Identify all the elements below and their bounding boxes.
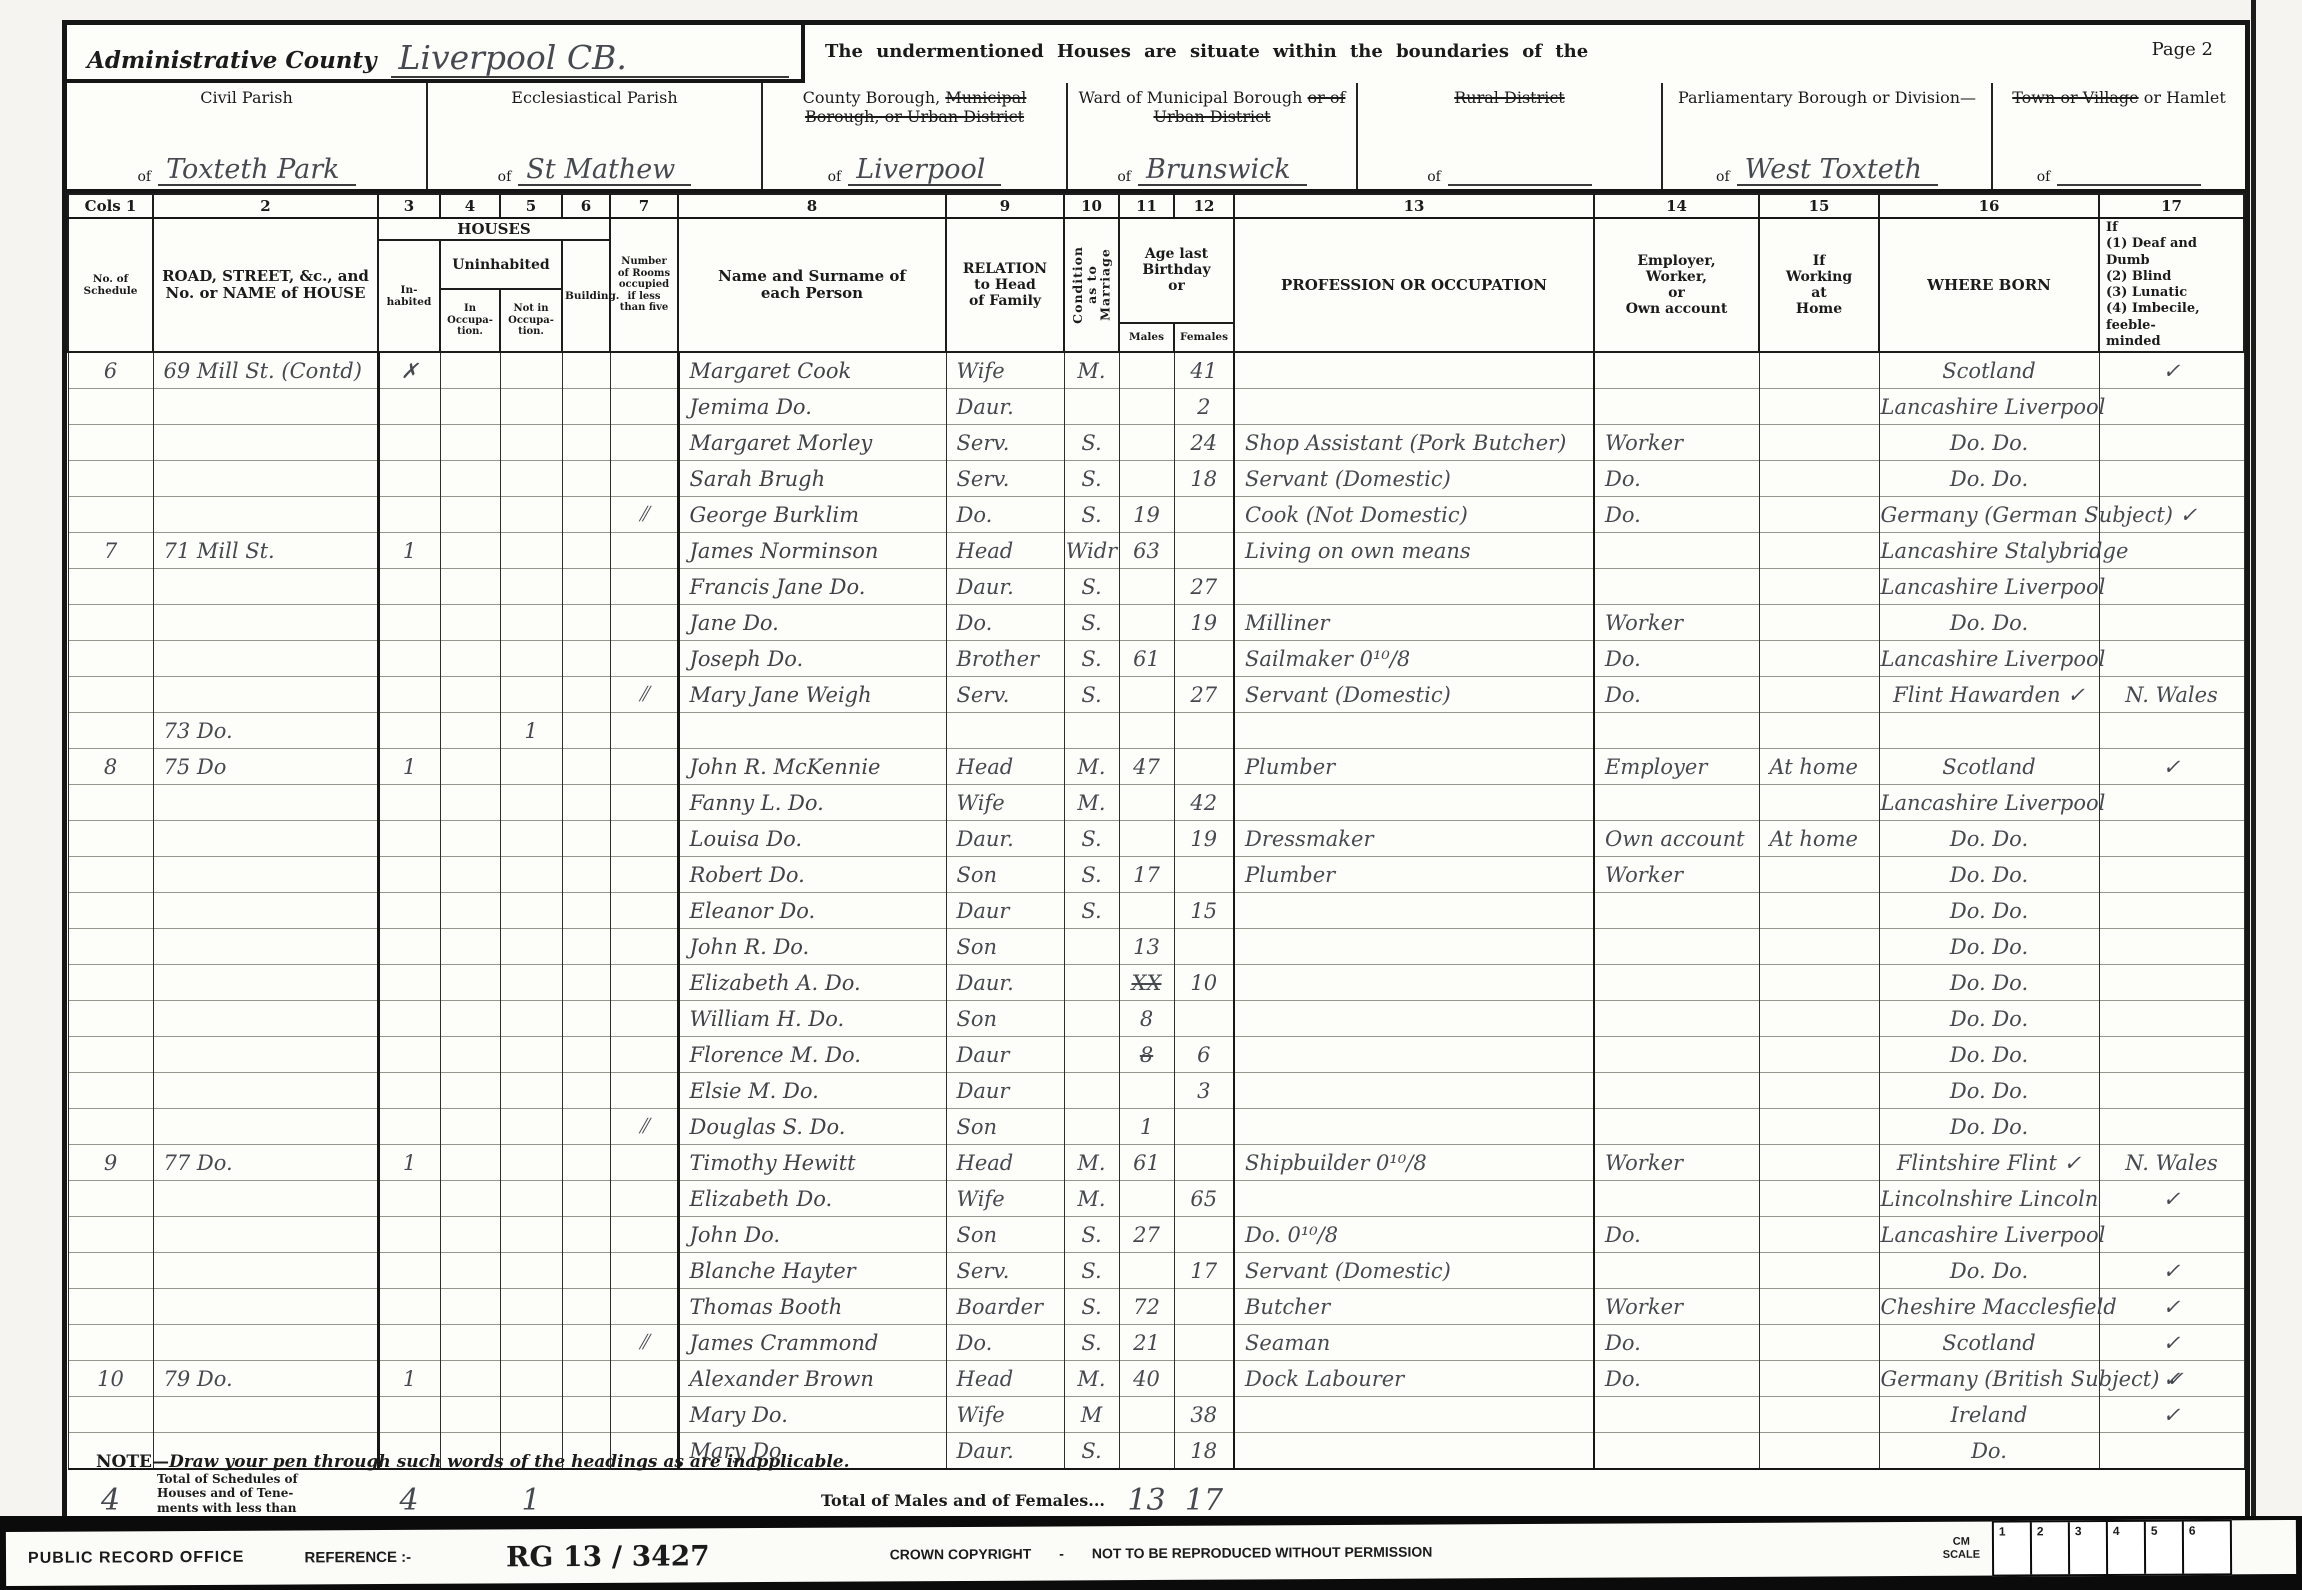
footer-dash: - xyxy=(1059,1545,1064,1561)
cell-at-home xyxy=(1759,1145,1879,1181)
cell-name: Jane Do. xyxy=(678,605,946,641)
cell-age-male xyxy=(1119,1433,1174,1470)
census-row: Mary Do.WifeM38Ireland✓ xyxy=(68,1397,2244,1433)
cell-condition: M xyxy=(1064,1397,1119,1433)
cell-rooms xyxy=(610,569,678,605)
cell-address: 77 Do. xyxy=(153,1145,378,1181)
cell-age-male xyxy=(1119,1253,1174,1289)
cell-age-female: 18 xyxy=(1174,1433,1234,1470)
cell-rooms xyxy=(610,1217,678,1253)
of-label: of xyxy=(828,169,842,186)
cell-employer: Worker xyxy=(1594,857,1759,893)
cell-at-home: At home xyxy=(1759,749,1879,785)
district-title: Town or Village or Hamlet xyxy=(1999,88,2239,107)
cell-employer: Employer xyxy=(1594,749,1759,785)
cell-at-home xyxy=(1759,497,1879,533)
cell-age-male: 47 xyxy=(1119,749,1174,785)
cell-address xyxy=(153,785,378,821)
cell-condition xyxy=(1064,713,1119,749)
admin-header-row: Administrative County Liverpool CB. The … xyxy=(67,25,2245,83)
cell-at-home xyxy=(1759,785,1879,821)
cell-address xyxy=(153,1037,378,1073)
cell-employer xyxy=(1594,1253,1759,1289)
cell-in-occupation xyxy=(440,857,500,893)
cell-in-occupation xyxy=(440,533,500,569)
cell-relation: Brother xyxy=(946,641,1064,677)
note-prefix: NOTE— xyxy=(96,1452,169,1472)
cell-inhabited: 1 xyxy=(378,1361,440,1397)
cell-name xyxy=(678,713,946,749)
district-value: Liverpool xyxy=(848,156,1001,186)
cell-occupation: Servant (Domestic) xyxy=(1234,461,1594,497)
census-row: Eleanor Do.DaurS.15Do. Do. xyxy=(68,893,2244,929)
cell-name: Joseph Do. xyxy=(678,641,946,677)
cell-address: 79 Do. xyxy=(153,1361,378,1397)
cell-age-female xyxy=(1174,713,1234,749)
cell-in-occupation xyxy=(440,605,500,641)
cell-not-in-occupation xyxy=(500,1181,562,1217)
cell-infirmity: ✓ xyxy=(2099,352,2244,389)
cell-not-in-occupation xyxy=(500,1253,562,1289)
cell-condition: M. xyxy=(1064,1181,1119,1217)
cell-condition: S. xyxy=(1064,857,1119,893)
cell-relation: Wife xyxy=(946,1181,1064,1217)
cell-inhabited xyxy=(378,461,440,497)
census-row: ⫽George BurklimDo.S.19Cook (Not Domestic… xyxy=(68,497,2244,533)
census-row: Elizabeth A. Do.Daur.XX10Do. Do. xyxy=(68,965,2244,1001)
header-schedule: No. of Schedule xyxy=(68,218,153,352)
cell-born: Flintshire Flint ✓ xyxy=(1879,1145,2099,1181)
cell-not-in-occupation xyxy=(500,1397,562,1433)
cell-not-in-occupation xyxy=(500,857,562,893)
cell-relation: Do. xyxy=(946,497,1064,533)
cell-employer xyxy=(1594,389,1759,425)
cell-age-male: 8 xyxy=(1119,1001,1174,1037)
cell-schedule xyxy=(68,1037,153,1073)
district-value xyxy=(1448,183,1592,186)
headings-note: NOTE—Draw your pen through such words of… xyxy=(96,1452,850,1472)
cell-age-male xyxy=(1119,1073,1174,1109)
cell-address xyxy=(153,821,378,857)
cell-relation: Son xyxy=(946,1001,1064,1037)
cell-building xyxy=(562,425,610,461)
header-infirmity: If (1) Deaf and Dumb (2) Blind (3) Lunat… xyxy=(2099,218,2244,352)
cell-relation: Daur. xyxy=(946,1433,1064,1470)
cell-employer: Do. xyxy=(1594,641,1759,677)
cell-employer: Worker xyxy=(1594,605,1759,641)
cell-building xyxy=(562,1289,610,1325)
cell-address xyxy=(153,1325,378,1361)
census-row: 875 Do1John R. McKennieHeadM.47PlumberEm… xyxy=(68,749,2244,785)
cell-infirmity: ✓ xyxy=(2099,1181,2244,1217)
administrative-county-label: Administrative County xyxy=(87,47,377,78)
cell-address xyxy=(153,1397,378,1433)
cell-relation: Serv. xyxy=(946,1253,1064,1289)
footer-strip: PUBLIC RECORD OFFICE REFERENCE :- RG 13 … xyxy=(6,1520,2296,1586)
cell-employer xyxy=(1594,713,1759,749)
cell-name: Blanche Hayter xyxy=(678,1253,946,1289)
cell-address xyxy=(153,1181,378,1217)
cell-not-in-occupation xyxy=(500,533,562,569)
cell-born: Scotland xyxy=(1879,1325,2099,1361)
cell-rooms xyxy=(610,749,678,785)
cell-age-male xyxy=(1119,352,1174,389)
cell-schedule xyxy=(68,713,153,749)
cell-relation: Son xyxy=(946,1217,1064,1253)
of-label: of xyxy=(498,169,512,186)
cell-relation: Daur xyxy=(946,893,1064,929)
cell-rooms xyxy=(610,1361,678,1397)
of-label: of xyxy=(138,169,152,186)
cell-schedule xyxy=(68,497,153,533)
cell-age-male xyxy=(1119,389,1174,425)
district-value: Brunswick xyxy=(1138,156,1307,186)
cell-not-in-occupation xyxy=(500,785,562,821)
cell-infirmity xyxy=(2099,569,2244,605)
cell-born: Do. Do. xyxy=(1879,929,2099,965)
cell-at-home xyxy=(1759,425,1879,461)
cell-relation: Boarder xyxy=(946,1289,1064,1325)
cell-rooms xyxy=(610,425,678,461)
district-civil-parish: Civil Parish ofToxteth Park xyxy=(67,83,428,189)
cell-employer xyxy=(1594,929,1759,965)
cell-employer: Do. xyxy=(1594,1361,1759,1397)
header-inhabited: In- habited xyxy=(378,240,440,352)
district-value xyxy=(2057,183,2201,186)
cell-infirmity xyxy=(2099,1037,2244,1073)
cell-infirmity xyxy=(2099,1217,2244,1253)
ruler-cell: 2 xyxy=(2032,1522,2070,1574)
ruler-cell: 4 xyxy=(2108,1522,2146,1574)
cell-building xyxy=(562,569,610,605)
cell-age-female xyxy=(1174,641,1234,677)
census-row: Louisa Do.Daur.S.19DressmakerOwn account… xyxy=(68,821,2244,857)
cell-inhabited xyxy=(378,1073,440,1109)
cell-employer xyxy=(1594,1073,1759,1109)
cell-at-home xyxy=(1759,1073,1879,1109)
cell-name: John R. McKennie xyxy=(678,749,946,785)
cell-schedule xyxy=(68,1289,153,1325)
cell-schedule xyxy=(68,1181,153,1217)
cell-at-home xyxy=(1759,1181,1879,1217)
cell-employer xyxy=(1594,785,1759,821)
cell-schedule xyxy=(68,389,153,425)
cell-name: George Burklim xyxy=(678,497,946,533)
col-number: 5 xyxy=(500,194,562,218)
cell-infirmity xyxy=(2099,1433,2244,1470)
cell-age-female xyxy=(1174,533,1234,569)
cell-in-occupation xyxy=(440,641,500,677)
cell-age-female xyxy=(1174,1145,1234,1181)
cell-infirmity xyxy=(2099,389,2244,425)
col-number: 15 xyxy=(1759,194,1879,218)
cell-born: Ireland xyxy=(1879,1397,2099,1433)
cell-inhabited xyxy=(378,785,440,821)
cell-address xyxy=(153,497,378,533)
ruler-cell: 6 xyxy=(2184,1521,2230,1573)
cell-in-occupation xyxy=(440,893,500,929)
cell-occupation: Servant (Domestic) xyxy=(1234,1253,1594,1289)
district-value-line: ofSt Mathew xyxy=(434,156,755,186)
cell-at-home xyxy=(1759,605,1879,641)
cell-infirmity xyxy=(2099,929,2244,965)
cell-born: Lancashire Liverpool xyxy=(1879,1217,2099,1253)
cell-in-occupation xyxy=(440,1109,500,1145)
cell-age-male: 40 xyxy=(1119,1361,1174,1397)
cell-age-female xyxy=(1174,497,1234,533)
cell-condition: S. xyxy=(1064,461,1119,497)
cell-address xyxy=(153,1001,378,1037)
cell-age-female: 65 xyxy=(1174,1181,1234,1217)
cell-occupation xyxy=(1234,1181,1594,1217)
cell-in-occupation xyxy=(440,1181,500,1217)
cell-age-female: 24 xyxy=(1174,425,1234,461)
cell-relation: Do. xyxy=(946,1325,1064,1361)
cell-name: Timothy Hewitt xyxy=(678,1145,946,1181)
cell-condition: S. xyxy=(1064,605,1119,641)
cell-occupation: Dock Labourer xyxy=(1234,1361,1594,1397)
col-number: 10 xyxy=(1064,194,1119,218)
cell-age-male: 1 xyxy=(1119,1109,1174,1145)
cell-in-occupation xyxy=(440,677,500,713)
col-number: 4 xyxy=(440,194,500,218)
cell-name: James Norminson xyxy=(678,533,946,569)
cell-infirmity xyxy=(2099,857,2244,893)
col-number: 9 xyxy=(946,194,1064,218)
cell-building xyxy=(562,893,610,929)
cell-condition: S. xyxy=(1064,1217,1119,1253)
cell-not-in-occupation xyxy=(500,749,562,785)
cell-age-male xyxy=(1119,1397,1174,1433)
cell-age-female: 15 xyxy=(1174,893,1234,929)
cell-rooms xyxy=(610,1289,678,1325)
cell-born: Lancashire Liverpool xyxy=(1879,389,2099,425)
cell-occupation: Milliner xyxy=(1234,605,1594,641)
cell-age-male: 63 xyxy=(1119,533,1174,569)
cell-condition xyxy=(1064,1037,1119,1073)
district-town-village-hamlet: Town or Village or Hamlet of xyxy=(1993,83,2245,189)
cell-born: Do. Do. xyxy=(1879,1037,2099,1073)
cell-address xyxy=(153,677,378,713)
census-row: Elsie M. Do.Daur3Do. Do. xyxy=(68,1073,2244,1109)
cell-condition: S. xyxy=(1064,569,1119,605)
census-row: 977 Do.1Timothy HewittHeadM.61Shipbuilde… xyxy=(68,1145,2244,1181)
cell-inhabited xyxy=(378,713,440,749)
cell-not-in-occupation xyxy=(500,352,562,389)
district-title: Ward of Municipal Borough or of Urban Di… xyxy=(1074,88,1350,126)
census-row: Fanny L. Do.WifeM.42Lancashire Liverpool xyxy=(68,785,2244,821)
cell-occupation: Seaman xyxy=(1234,1325,1594,1361)
cell-employer: Do. xyxy=(1594,461,1759,497)
note-text: Draw your pen through such words of the … xyxy=(169,1452,850,1472)
cell-address xyxy=(153,569,378,605)
cell-in-occupation xyxy=(440,785,500,821)
cell-building xyxy=(562,929,610,965)
cell-occupation: Living on own means xyxy=(1234,533,1594,569)
cell-not-in-occupation xyxy=(500,497,562,533)
header-uninhabited: Uninhabited xyxy=(440,240,562,289)
district-value-line: of xyxy=(1364,169,1655,186)
cell-rooms xyxy=(610,1145,678,1181)
header-road-street: ROAD, STREET, &c., and No. or NAME of HO… xyxy=(153,218,378,352)
district-value-line: ofToxteth Park xyxy=(73,156,420,186)
cell-occupation xyxy=(1234,1109,1594,1145)
cell-born: Do. Do. xyxy=(1879,1073,2099,1109)
census-row: Elizabeth Do.WifeM.65Lincolnshire Lincol… xyxy=(68,1181,2244,1217)
cell-inhabited xyxy=(378,1325,440,1361)
cell-schedule: 9 xyxy=(68,1145,153,1181)
cell-relation: Head xyxy=(946,1361,1064,1397)
district-value: West Toxteth xyxy=(1737,156,1938,186)
census-row: 771 Mill St.1James NorminsonHeadWidr63Li… xyxy=(68,533,2244,569)
cell-not-in-occupation xyxy=(500,893,562,929)
cell-not-in-occupation xyxy=(500,1325,562,1361)
cell-name: Eleanor Do. xyxy=(678,893,946,929)
cell-employer xyxy=(1594,569,1759,605)
cell-employer xyxy=(1594,1109,1759,1145)
cell-condition: S. xyxy=(1064,641,1119,677)
cell-inhabited xyxy=(378,677,440,713)
cell-age-female: 6 xyxy=(1174,1037,1234,1073)
cell-address: 69 Mill St. (Contd) xyxy=(153,352,378,389)
cell-infirmity xyxy=(2099,821,2244,857)
cell-name: Mary Jane Weigh xyxy=(678,677,946,713)
district-value-line: of xyxy=(1999,169,2239,186)
cell-age-male xyxy=(1119,713,1174,749)
cell-name: Elsie M. Do. xyxy=(678,1073,946,1109)
ruler-cell: 1 xyxy=(1994,1522,2032,1574)
cell-born: Germany (British Subject) ✓ xyxy=(1879,1361,2099,1397)
cell-inhabited xyxy=(378,641,440,677)
cell-at-home xyxy=(1759,533,1879,569)
cell-name: John Do. xyxy=(678,1217,946,1253)
cell-age-male: 72 xyxy=(1119,1289,1174,1325)
district-ward: Ward of Municipal Borough or of Urban Di… xyxy=(1068,83,1358,189)
cell-age-female xyxy=(1174,929,1234,965)
header-at-home: If Working at Home xyxy=(1759,218,1879,352)
cell-condition xyxy=(1064,1073,1119,1109)
cell-occupation xyxy=(1234,929,1594,965)
cell-building xyxy=(562,785,610,821)
cell-building xyxy=(562,1001,610,1037)
cell-infirmity xyxy=(2099,1001,2244,1037)
cell-at-home xyxy=(1759,1001,1879,1037)
cell-born: Do. Do. xyxy=(1879,965,2099,1001)
cell-inhabited xyxy=(378,1397,440,1433)
cell-inhabited xyxy=(378,1001,440,1037)
col-number: 17 xyxy=(2099,194,2244,218)
cell-in-occupation xyxy=(440,1037,500,1073)
cell-rooms xyxy=(610,1073,678,1109)
cell-age-female: 2 xyxy=(1174,389,1234,425)
district-value: St Mathew xyxy=(518,156,691,186)
cell-condition xyxy=(1064,1109,1119,1145)
census-row: 1079 Do.1Alexander BrownHeadM.40Dock Lab… xyxy=(68,1361,2244,1397)
cell-schedule: 6 xyxy=(68,352,153,389)
cell-schedule xyxy=(68,929,153,965)
cell-infirmity xyxy=(2099,605,2244,641)
cell-inhabited xyxy=(378,857,440,893)
cell-condition: S. xyxy=(1064,425,1119,461)
cell-relation: Son xyxy=(946,929,1064,965)
district-header-row: Civil Parish ofToxteth Park Ecclesiastic… xyxy=(67,83,2245,193)
cell-age-female: 17 xyxy=(1174,1253,1234,1289)
cell-not-in-occupation xyxy=(500,1361,562,1397)
cell-rooms xyxy=(610,605,678,641)
cell-at-home xyxy=(1759,929,1879,965)
cell-occupation: Plumber xyxy=(1234,749,1594,785)
table-header: Cols 1 2 3 4 5 6 7 8 9 10 11 12 13 14 15… xyxy=(68,194,2244,352)
ruler-cell: 5 xyxy=(2146,1522,2184,1574)
cell-condition: Widr xyxy=(1064,533,1119,569)
cell-in-occupation xyxy=(440,389,500,425)
cell-occupation: Butcher xyxy=(1234,1289,1594,1325)
col-number: 14 xyxy=(1594,194,1759,218)
cell-age-male: 17 xyxy=(1119,857,1174,893)
cell-at-home xyxy=(1759,677,1879,713)
cell-born: Flint Hawarden ✓ xyxy=(1879,677,2099,713)
cell-employer xyxy=(1594,893,1759,929)
cell-building xyxy=(562,461,610,497)
col-number: 11 xyxy=(1119,194,1174,218)
cell-at-home xyxy=(1759,965,1879,1001)
cell-born: Do. xyxy=(1879,1433,2099,1470)
cell-occupation: Plumber xyxy=(1234,857,1594,893)
cell-inhabited: 1 xyxy=(378,1145,440,1181)
cell-occupation xyxy=(1234,965,1594,1001)
cell-name: Jemima Do. xyxy=(678,389,946,425)
cell-schedule xyxy=(68,893,153,929)
cell-schedule xyxy=(68,1253,153,1289)
cell-schedule xyxy=(68,821,153,857)
cell-not-in-occupation xyxy=(500,929,562,965)
cell-occupation xyxy=(1234,569,1594,605)
cell-age-female: 3 xyxy=(1174,1073,1234,1109)
cell-in-occupation xyxy=(440,352,500,389)
cell-building xyxy=(562,821,610,857)
cell-address: 73 Do. xyxy=(153,713,378,749)
cell-in-occupation xyxy=(440,821,500,857)
crown-copyright-label: CROWN COPYRIGHT xyxy=(890,1546,1032,1563)
cell-age-female: 19 xyxy=(1174,605,1234,641)
census-row: Margaret MorleyServ.S.24Shop Assistant (… xyxy=(68,425,2244,461)
cell-occupation xyxy=(1234,1397,1594,1433)
cell-address xyxy=(153,1073,378,1109)
district-title: Civil Parish xyxy=(73,88,420,107)
census-row: John R. Do.Son13Do. Do. xyxy=(68,929,2244,965)
cell-schedule xyxy=(68,1109,153,1145)
cell-not-in-occupation xyxy=(500,461,562,497)
cell-born: Do. Do. xyxy=(1879,1001,2099,1037)
cell-condition: M. xyxy=(1064,352,1119,389)
col-number: 6 xyxy=(562,194,610,218)
cell-relation: Daur. xyxy=(946,965,1064,1001)
cell-employer: Worker xyxy=(1594,425,1759,461)
cell-age-male xyxy=(1119,569,1174,605)
cell-at-home xyxy=(1759,389,1879,425)
header-building: Building. xyxy=(562,240,610,352)
cell-born: Do. Do. xyxy=(1879,893,2099,929)
cell-inhabited xyxy=(378,605,440,641)
cell-not-in-occupation: 1 xyxy=(500,713,562,749)
cell-born: Do. Do. xyxy=(1879,605,2099,641)
cell-name: John R. Do. xyxy=(678,929,946,965)
cell-at-home xyxy=(1759,1109,1879,1145)
header-where-born: WHERE BORN xyxy=(1879,218,2099,352)
cell-in-occupation xyxy=(440,1253,500,1289)
cell-address xyxy=(153,1253,378,1289)
cell-age-female xyxy=(1174,1109,1234,1145)
